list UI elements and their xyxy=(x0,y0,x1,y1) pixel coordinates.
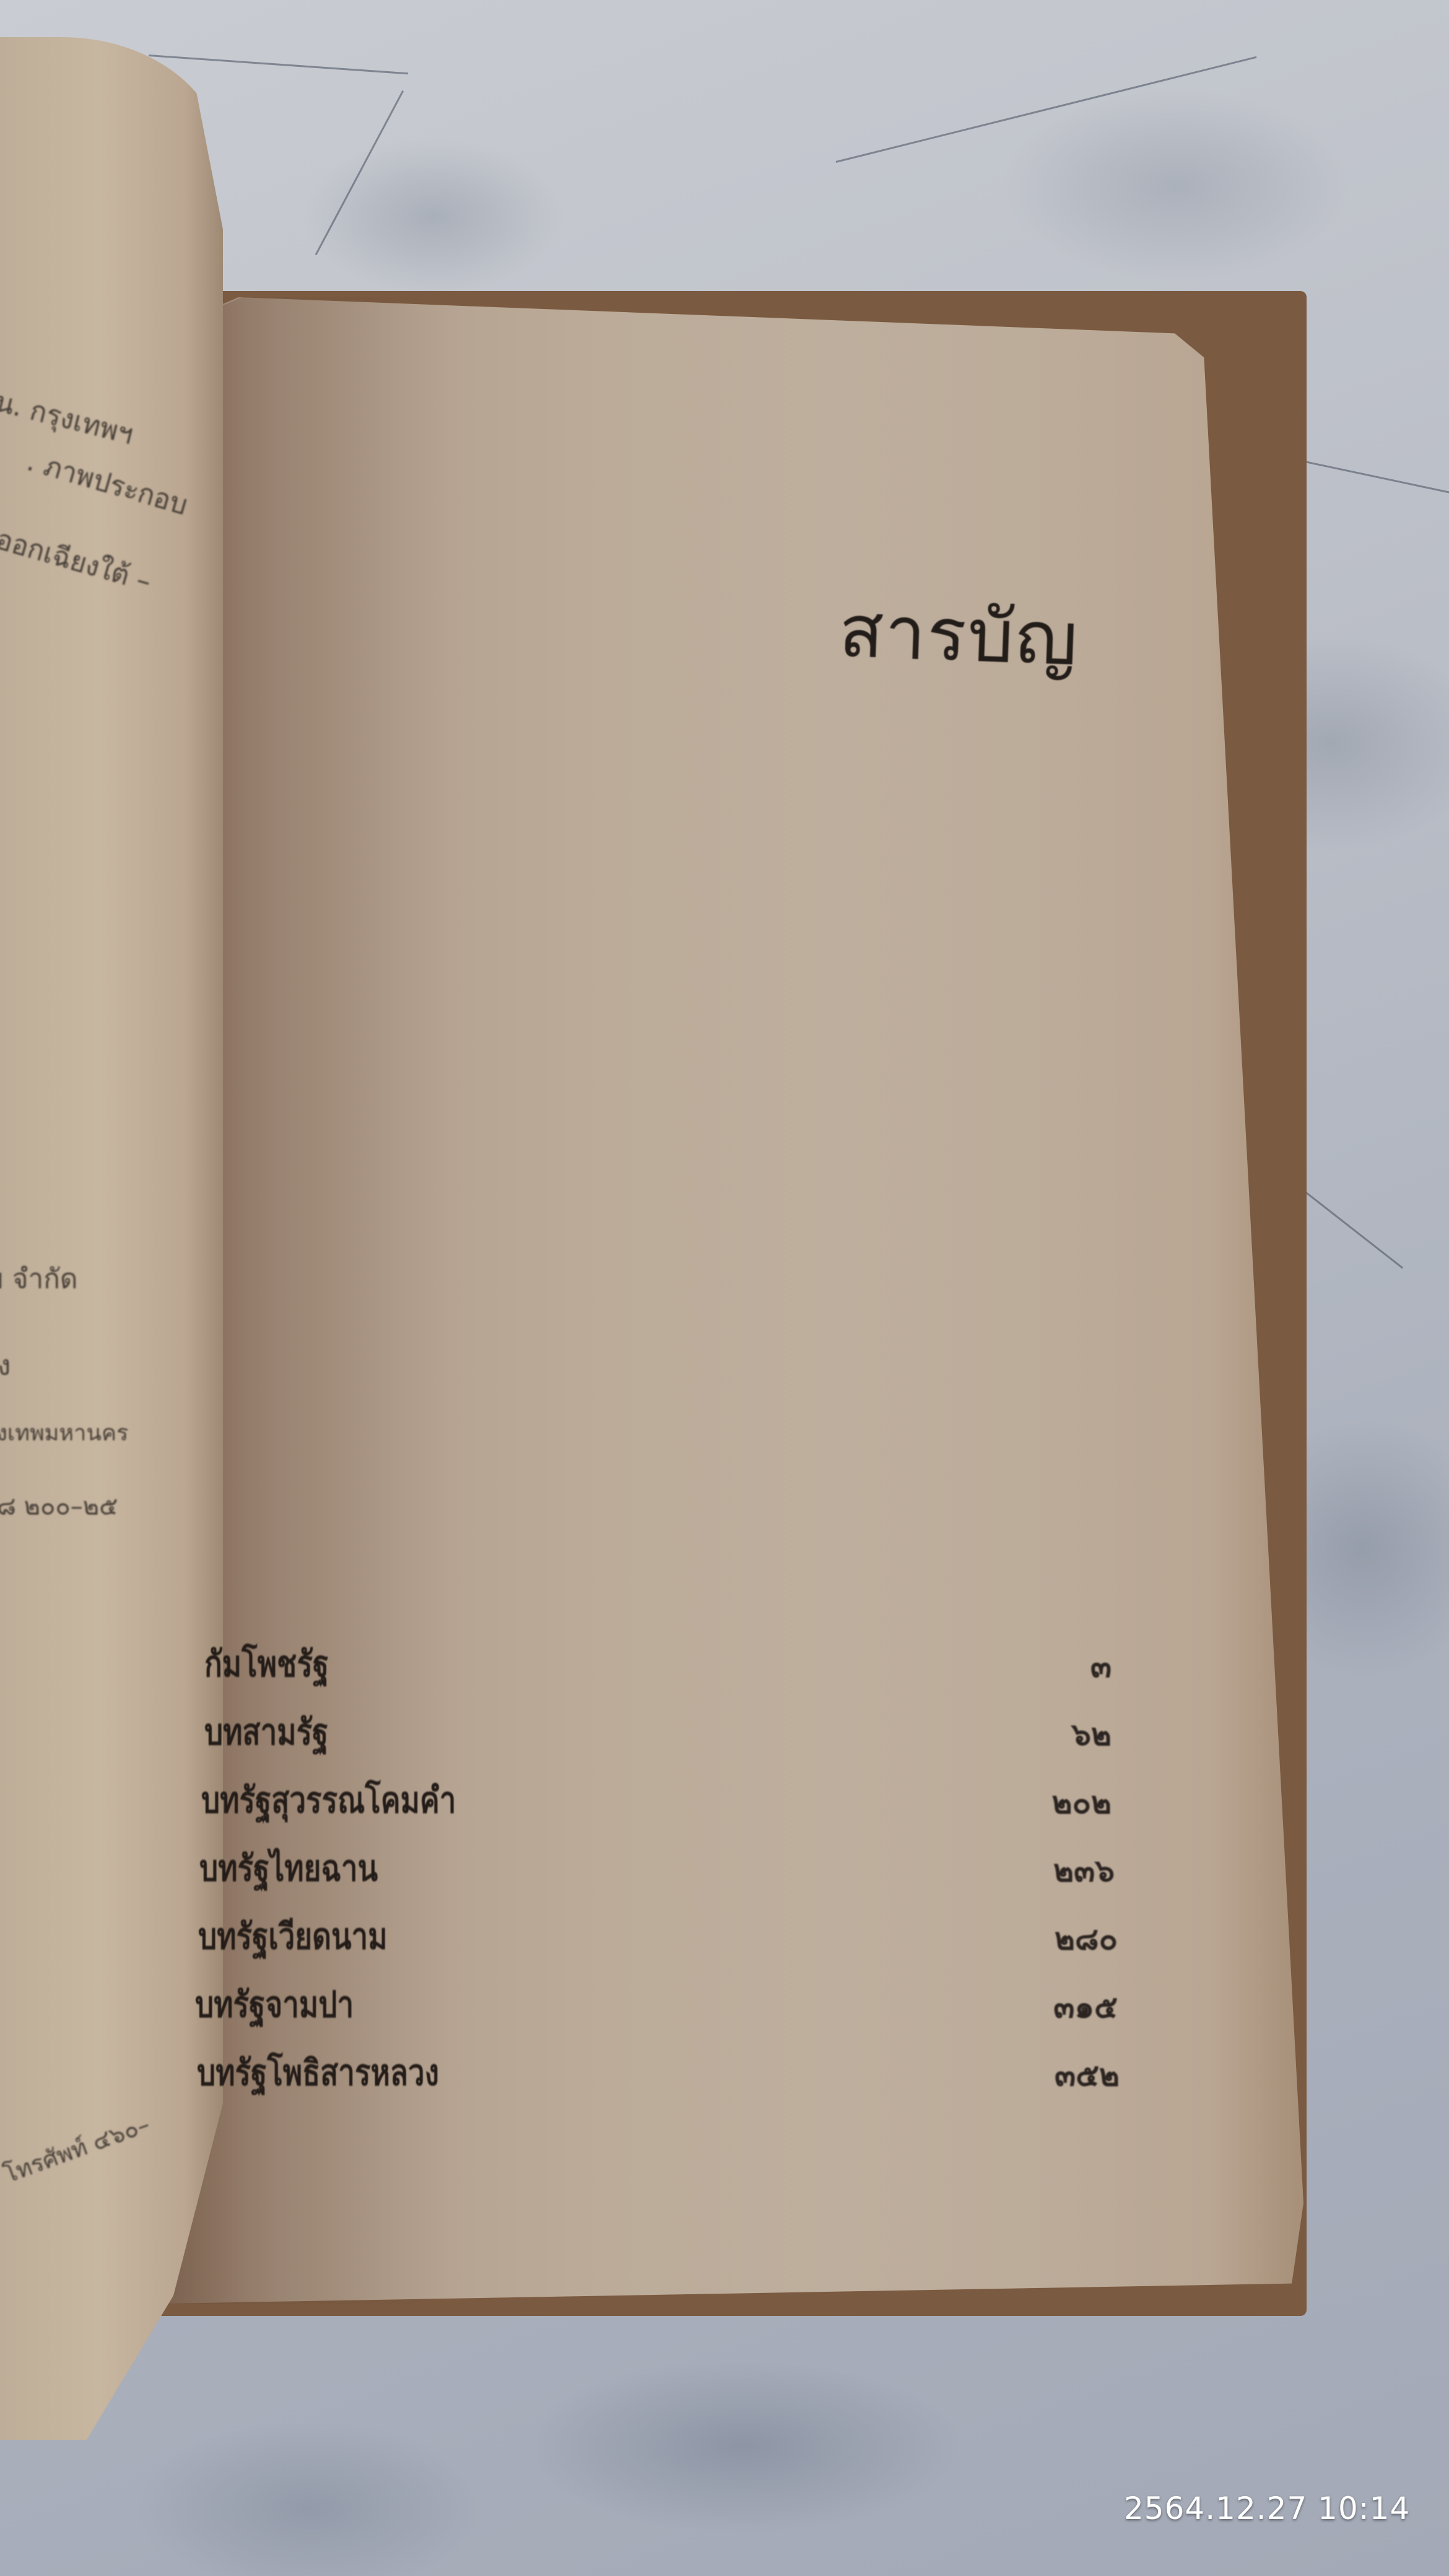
table-crack xyxy=(149,54,408,74)
toc-entry-label: บทรัฐเวียดนาม xyxy=(198,1907,388,1965)
toc-entry-label: บทรัฐสุวรรณโคมคำ xyxy=(201,1771,456,1829)
toc-entry-label: บทสามรัฐ xyxy=(204,1703,328,1760)
toc-entry-label: กัมโพชรัฐ xyxy=(204,1635,329,1692)
toc-entry-label: บทรัฐไทยฉาน xyxy=(199,1839,378,1897)
page-title: สารบัญ xyxy=(837,572,1081,696)
left-page-text: ยง xyxy=(0,1344,11,1387)
table-crack xyxy=(315,90,404,255)
toc-entry-page: ๒๓๖ xyxy=(991,1847,1115,1895)
left-page-text: –๘ ๒๐๐–๒๕ xyxy=(0,1486,118,1526)
toc-entry-page: ๓๑๕ xyxy=(994,1983,1118,2032)
left-page-text: ย จำกัด xyxy=(0,1257,77,1300)
toc-entry-label: บทรัฐจามปา xyxy=(195,1975,354,2033)
toc-entry-page: ๒๘๐ xyxy=(994,1915,1118,1964)
toc-entry-page: ๓ xyxy=(988,1642,1112,1691)
toc-entry-page: ๓๕๒ xyxy=(996,2051,1120,2100)
photo-timestamp: 2564.12.27 10:14 xyxy=(1124,2491,1410,2526)
photo-scene: น. กรุงเทพฯ . ภาพประกอบ ออกเฉียงใต้ – ย … xyxy=(0,0,1449,2576)
toc-entry-label: บทรัฐโพธิสารหลวง xyxy=(197,2043,439,2101)
toc-entry-page: ๒๐๒ xyxy=(988,1778,1112,1827)
toc-entry-page: ๖๒ xyxy=(988,1710,1112,1759)
table-crack xyxy=(836,56,1257,163)
left-page-text: รุงเทพมหานคร xyxy=(0,1415,128,1450)
